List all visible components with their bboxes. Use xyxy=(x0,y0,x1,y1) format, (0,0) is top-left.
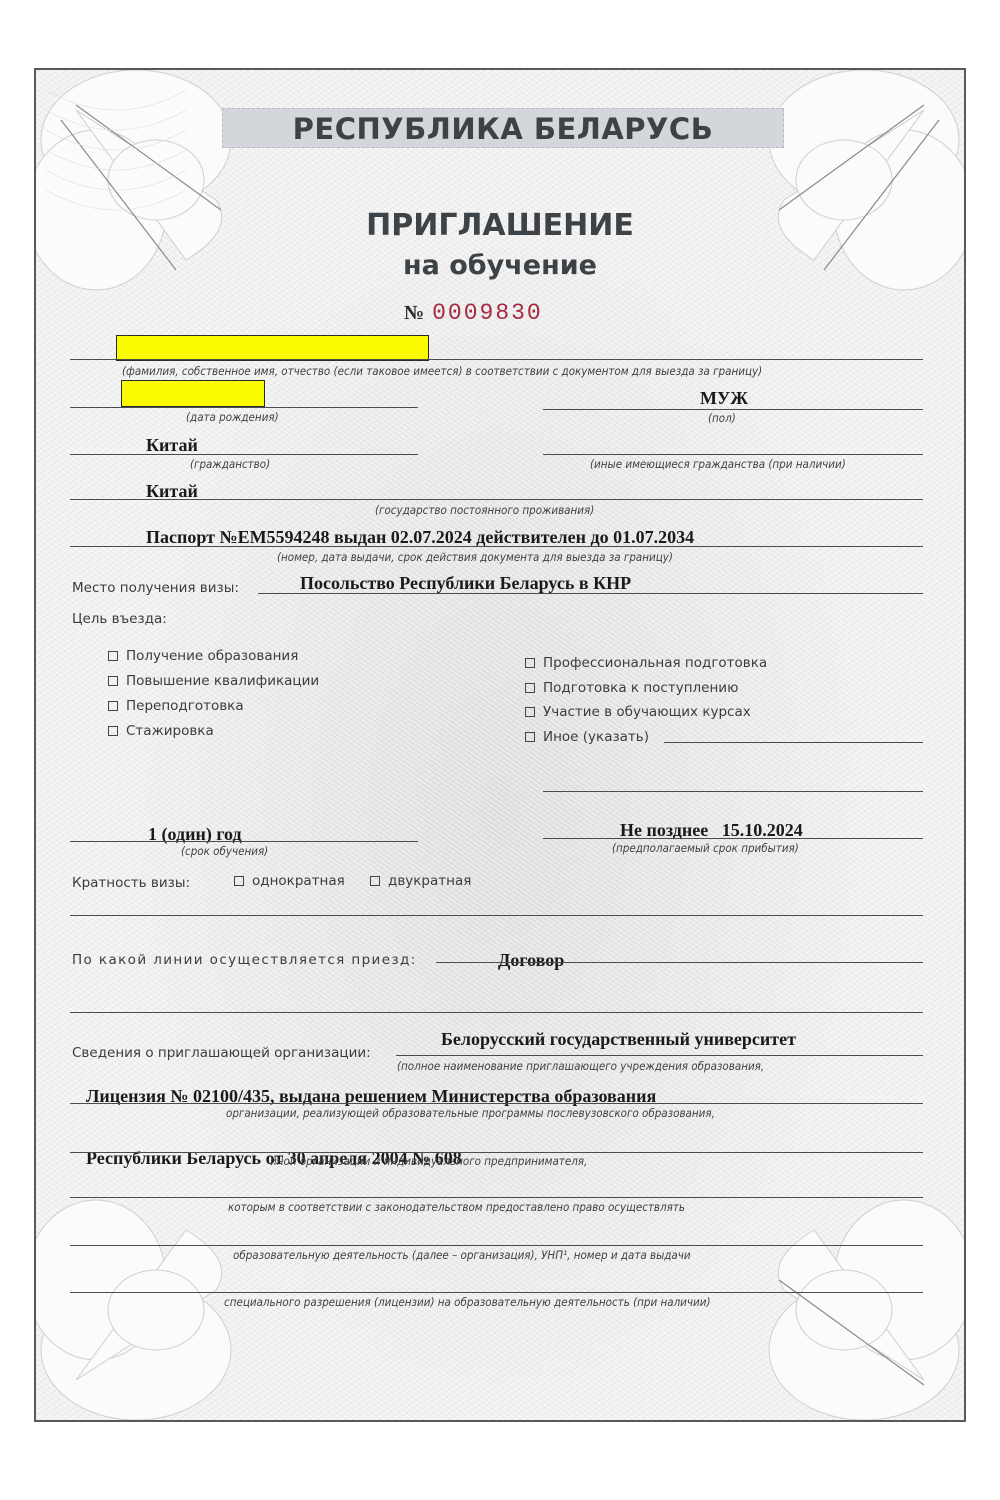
study-period-line xyxy=(70,841,418,842)
visa-place-label: Место получения визы: xyxy=(72,580,239,596)
arrival-line xyxy=(543,838,923,839)
citizenship-line xyxy=(70,454,418,455)
organization-hint-5: образовательную деятельность (далее – ор… xyxy=(233,1248,691,1262)
option-label: Переподготовка xyxy=(126,698,244,714)
birth-date-line xyxy=(70,407,418,408)
checkbox-icon[interactable] xyxy=(108,701,118,711)
purpose-option-education[interactable]: Получение образования xyxy=(108,648,298,664)
number-sign: № xyxy=(404,302,424,324)
option-label: Иное (указать) xyxy=(543,729,649,745)
full-name-redaction xyxy=(116,335,429,361)
document-number: №0009830 xyxy=(404,300,543,326)
visa-place-value: Посольство Республики Беларусь в КНР xyxy=(300,573,631,594)
birth-date-hint: (дата рождения) xyxy=(186,410,279,424)
passport-value: Паспорт №EM5594248 выдан 02.07.2024 дейс… xyxy=(146,527,694,548)
option-label: Участие в обучающих курсах xyxy=(543,704,751,720)
license-line-2-rule xyxy=(70,1152,923,1153)
organization-hint-3: иной организации и индивидуального предп… xyxy=(270,1154,587,1168)
purpose-other-line-2[interactable] xyxy=(543,791,923,792)
option-label: Получение образования xyxy=(126,648,298,664)
arrival-hint: (предполагаемый срок прибытия) xyxy=(612,841,799,855)
purpose-option-professional-training[interactable]: Профессиональная подготовка xyxy=(525,655,767,671)
document-number-value: 0009830 xyxy=(432,300,543,326)
visa-multiplicity-label: Кратность визы: xyxy=(72,875,190,891)
sex-value: МУЖ xyxy=(700,388,748,409)
option-label: Повышение квалификации xyxy=(126,673,319,689)
birth-date-redaction xyxy=(121,380,265,407)
document-title: ПРИГЛАШЕНИЕ xyxy=(0,208,1000,243)
organization-hint-2: организации, реализующей образовательные… xyxy=(226,1106,715,1120)
sex-hint: (пол) xyxy=(708,411,736,425)
visa-single-entry-option[interactable]: однократная xyxy=(234,873,345,889)
checkbox-icon[interactable] xyxy=(234,876,244,886)
option-label: двукратная xyxy=(388,873,471,889)
visa-multiplicity-line xyxy=(70,915,923,916)
organization-hint-4: которым в соответствии с законодательств… xyxy=(228,1200,685,1214)
residence-line xyxy=(70,499,923,500)
checkbox-icon[interactable] xyxy=(108,676,118,686)
checkbox-icon[interactable] xyxy=(525,683,535,693)
purpose-other-line[interactable] xyxy=(664,742,923,743)
organization-line xyxy=(396,1055,923,1056)
study-period-hint: (срок обучения) xyxy=(181,844,268,858)
visa-double-entry-option[interactable]: двукратная xyxy=(370,873,471,889)
organization-line-4 xyxy=(70,1197,923,1198)
checkbox-icon[interactable] xyxy=(370,876,380,886)
purpose-label: Цель въезда: xyxy=(72,611,167,627)
checkbox-icon[interactable] xyxy=(108,726,118,736)
purpose-option-qualification[interactable]: Повышение квалификации xyxy=(108,673,319,689)
organization-hint-6: специального разрешения (лицензии) на об… xyxy=(224,1295,711,1309)
purpose-option-retraining[interactable]: Переподготовка xyxy=(108,698,244,714)
purpose-option-other[interactable]: Иное (указать) xyxy=(525,729,649,745)
full-name-hint: (фамилия, собственное имя, отчество (есл… xyxy=(122,364,762,378)
option-label: Стажировка xyxy=(126,723,214,739)
passport-line xyxy=(70,546,923,547)
checkbox-icon[interactable] xyxy=(108,651,118,661)
option-label: однократная xyxy=(252,873,345,889)
other-citizenships-hint: (иные имеющиеся гражданства (при наличии… xyxy=(590,457,846,471)
checkbox-icon[interactable] xyxy=(525,707,535,717)
full-name-line xyxy=(70,359,923,360)
organization-hint-1: (полное наименование приглашающего учреж… xyxy=(397,1059,764,1073)
passport-hint: (номер, дата выдачи, срок действия докум… xyxy=(277,550,673,564)
entry-line-value: Договор xyxy=(498,950,564,971)
purpose-option-courses[interactable]: Участие в обучающих курсах xyxy=(525,704,751,720)
guilloche-corner-ornament xyxy=(734,1190,964,1420)
organization-line-5 xyxy=(70,1245,923,1246)
entry-line-label: По какой линии осуществляется приезд: xyxy=(72,952,417,968)
organization-label: Сведения о приглашающей организации: xyxy=(72,1045,371,1061)
option-label: Подготовка к поступлению xyxy=(543,680,738,696)
citizenship-value: Китай xyxy=(146,435,198,456)
option-label: Профессиональная подготовка xyxy=(543,655,767,671)
purpose-option-admission-prep[interactable]: Подготовка к поступлению xyxy=(525,680,738,696)
entry-line-line xyxy=(436,962,923,963)
residence-hint: (государство постоянного проживания) xyxy=(375,503,594,517)
country-banner: РЕСПУБЛИКА БЕЛАРУСЬ xyxy=(222,108,784,148)
organization-name: Белорусский государственный университет xyxy=(441,1029,796,1050)
visa-place-line xyxy=(258,593,923,594)
other-citizenships-line xyxy=(543,454,923,455)
document-subtitle: на обучение xyxy=(0,250,1000,281)
organization-line-6 xyxy=(70,1292,923,1293)
entry-line-line-2 xyxy=(70,1012,923,1013)
purpose-option-internship[interactable]: Стажировка xyxy=(108,723,214,739)
license-line-1-rule xyxy=(70,1103,923,1104)
sex-line xyxy=(543,409,923,410)
citizenship-hint: (гражданство) xyxy=(190,457,270,471)
checkbox-icon[interactable] xyxy=(525,658,535,668)
checkbox-icon[interactable] xyxy=(525,732,535,742)
